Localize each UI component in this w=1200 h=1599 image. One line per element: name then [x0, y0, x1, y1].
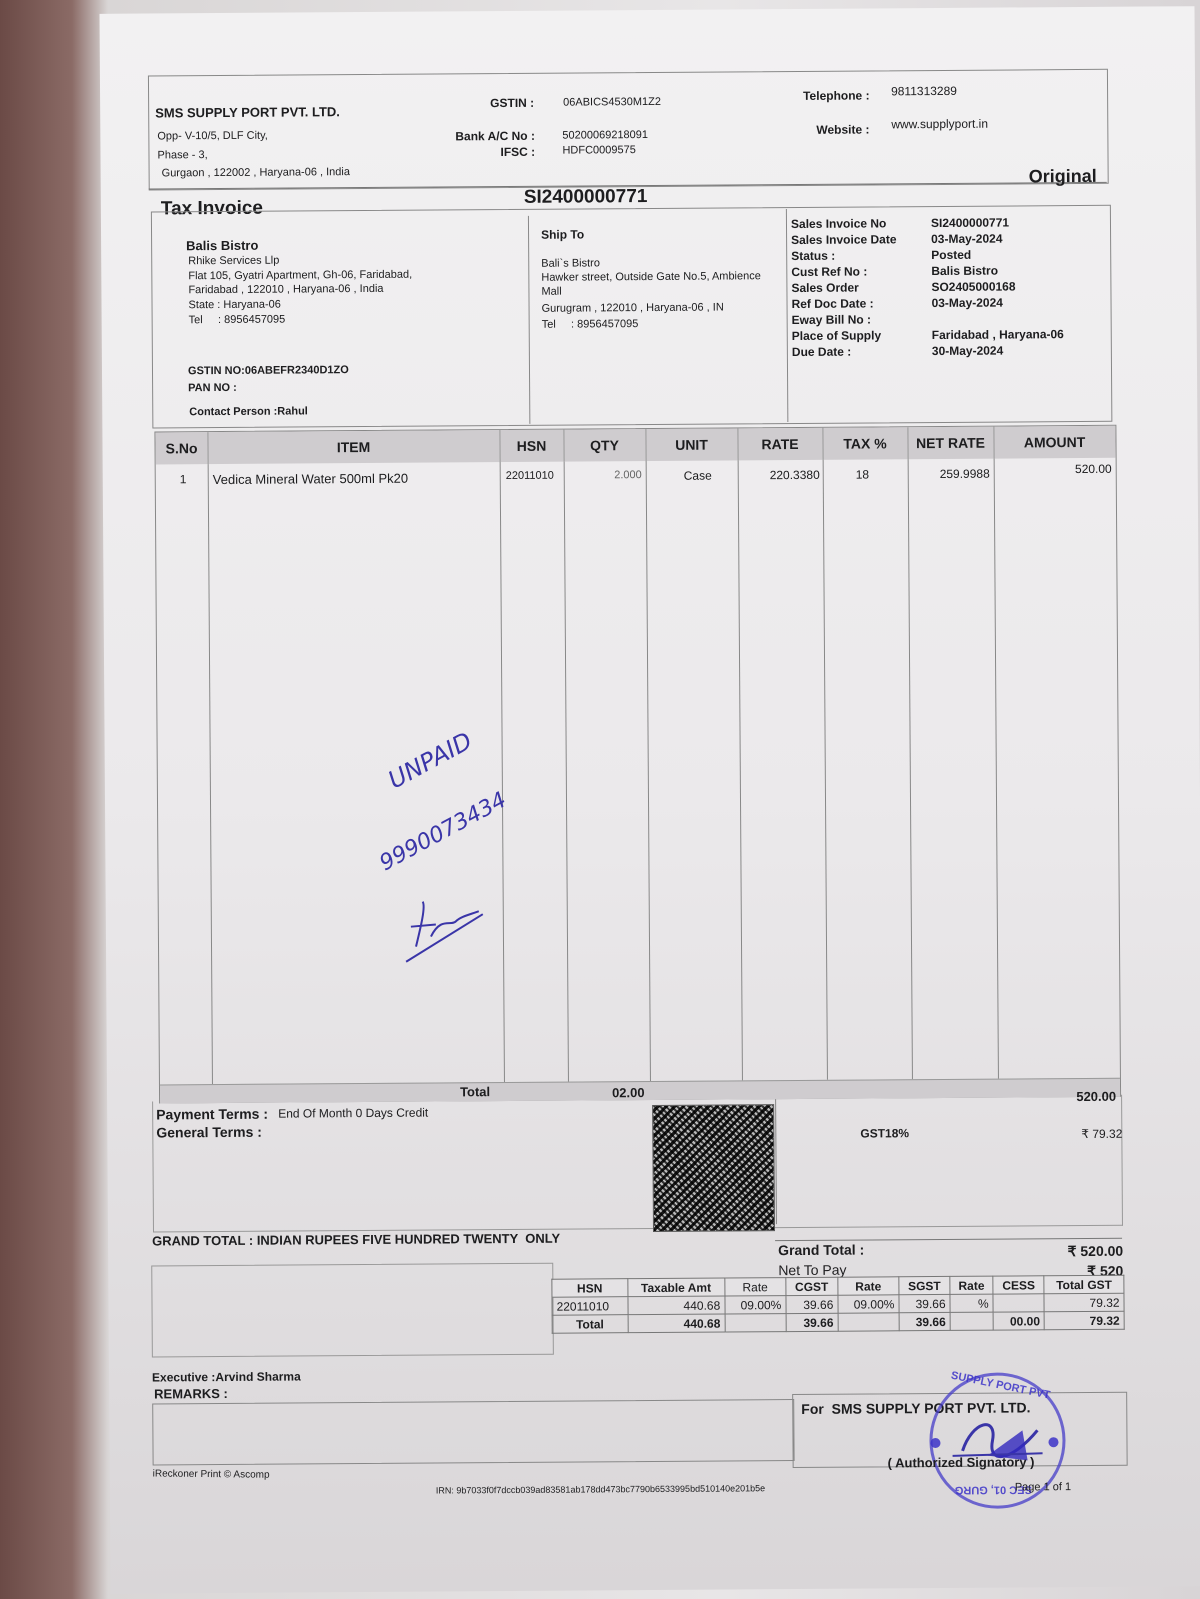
cell-hsn: 22011010 — [506, 470, 554, 482]
invoice-paper: SMS SUPPLY PORT PVT. LTD. Opp- V-10/5, D… — [99, 6, 1200, 1594]
ship-to-line-5: Tel : 8956457095 — [542, 318, 639, 331]
summary-divider — [775, 1238, 1122, 1241]
terms-box — [152, 1095, 1123, 1233]
gst-total-cell: 00.00 — [993, 1312, 1044, 1330]
executive: Executive :Arvind Sharma — [152, 1369, 301, 1384]
grand-total-label: Grand Total : — [778, 1242, 864, 1259]
invoice-meta-value: Faridabad , Haryana-06 — [932, 327, 1064, 342]
col-header-net-rate: NET RATE — [907, 427, 994, 460]
gst-header-sgst: SGST — [899, 1276, 950, 1294]
col-divider — [738, 460, 743, 1080]
ship-to-line-1: Bali`s Bistro — [541, 257, 600, 269]
gst-header-cess: CESS — [993, 1276, 1044, 1294]
bill-to-line-3: Faridabad , 122010 , Haryana-06 , India — [188, 283, 383, 296]
col-header-unit: UNIT — [645, 428, 738, 461]
cell-sno: 1 — [180, 472, 187, 486]
copy-label: Original — [1029, 166, 1097, 187]
gst-cell — [993, 1294, 1044, 1312]
handwritten-signature-icon — [401, 896, 491, 967]
company-name: SMS SUPPLY PORT PVT. LTD. — [155, 104, 340, 120]
gstin-value: 06ABICS4530M1Z2 — [563, 96, 661, 109]
irn: IRN: 9b7033f0f7dccb039ad83581ab178dd473b… — [436, 1483, 765, 1495]
cell-qty: 2.000 — [564, 469, 642, 482]
invoice-meta-label: Status : — [791, 248, 931, 263]
gst-total-cell — [725, 1314, 786, 1332]
company-address-2: Phase - 3, — [157, 149, 207, 161]
cell-rate: 220.3380 — [738, 468, 820, 483]
col-header-tax: TAX % — [822, 427, 908, 460]
invoice-meta-row: Sales OrderSO2405000168 — [791, 279, 1015, 295]
invoice-meta-label: Due Date : — [792, 344, 932, 359]
stamp-top-text: SUPPLY PORT PVT — [950, 1370, 1051, 1402]
invoice-meta-row: Sales Invoice Date03-May-2024 — [791, 232, 1002, 247]
gst-header-rate: Rate — [838, 1277, 899, 1295]
ifsc-label: IFSC : — [500, 145, 535, 159]
ship-to-line-2: Hawker street, Outside Gate No.5, Ambien… — [541, 270, 761, 284]
bill-to-name: Balis Bistro — [186, 238, 258, 254]
col-header-item: ITEM — [207, 430, 500, 464]
authorized-signatory: ( Authorized Signatory ) — [888, 1454, 1035, 1470]
total-label: Total — [460, 1084, 490, 1099]
gst-total-cell: 39.66 — [786, 1313, 838, 1331]
bill-to-gstin: GSTIN NO:06ABEFR2340D1ZO — [188, 364, 349, 377]
bank-label: Bank A/C No : — [455, 129, 535, 144]
col-divider — [646, 461, 651, 1081]
col-divider — [564, 462, 569, 1082]
table-row: 1 Vedica Mineral Water 500ml Pk20 220110… — [156, 466, 1116, 491]
col-header-rate: RATE — [737, 428, 823, 461]
cell-net-rate: 259.9988 — [908, 467, 990, 482]
col-header-hsn: HSN — [499, 430, 564, 462]
cell-amount: 520.00 — [994, 462, 1112, 477]
bill-to-line-5: Tel : 8956457095 — [189, 314, 286, 327]
gst-cell: 09.00% — [725, 1296, 786, 1314]
gst-cell: 09.00% — [838, 1295, 899, 1313]
gst-header-hsn: HSN — [552, 1279, 628, 1298]
cell-unit: Case — [684, 469, 712, 483]
items-header-row: S.No ITEM HSN QTY UNIT RATE TAX % NET RA… — [155, 426, 1115, 465]
amount-in-words: GRAND TOTAL : INDIAN RUPEES FIVE HUNDRED… — [152, 1231, 560, 1249]
gst-breakdown-table: HSN Taxable Amt Rate CGST Rate SGST Rate… — [551, 1275, 1124, 1334]
invoice-meta-row: Place of SupplyFaridabad , Haryana-06 — [792, 327, 1064, 343]
gst-label: GST18% — [860, 1126, 909, 1140]
qr-code — [652, 1104, 775, 1232]
cell-item: Vedica Mineral Water 500ml Pk20 — [213, 471, 408, 487]
invoice-meta-value: Posted — [931, 248, 971, 262]
company-address-3: Gurgaon , 122002 , Haryana-06 , India — [162, 166, 350, 179]
remarks-box — [152, 1399, 794, 1465]
gst-header-cgst: CGST — [786, 1277, 838, 1295]
gst-total-cell — [950, 1312, 993, 1330]
lower-left-box — [151, 1263, 554, 1358]
gst-cell: 39.66 — [786, 1295, 838, 1313]
bill-to-line-1: Rhike Services Llp — [188, 255, 279, 268]
gst-cell: 22011010 — [552, 1297, 628, 1316]
bill-to-pan: PAN NO : — [188, 382, 237, 394]
net-to-pay-label: Net To Pay — [778, 1262, 846, 1278]
invoice-meta-value: SI2400000771 — [931, 215, 1009, 230]
gst-cell: % — [950, 1294, 993, 1312]
gst-total-row: Total 440.68 39.66 39.66 00.00 79.32 — [552, 1311, 1124, 1333]
col-divider — [908, 459, 913, 1079]
telephone-value: 9811313289 — [891, 84, 957, 98]
ship-to-line-3: Mall — [541, 286, 561, 298]
remarks-label: REMARKS : — [154, 1386, 228, 1402]
gst-header-rate: Rate — [725, 1278, 786, 1296]
gstin-label: GSTIN : — [490, 96, 534, 110]
grand-total-value: ₹ 520.00 — [1038, 1243, 1123, 1261]
items-table: S.No ITEM HSN QTY UNIT RATE TAX % NET RA… — [154, 425, 1121, 1104]
bill-to-line-2: Flat 105, Gyatri Apartment, Gh-06, Farid… — [188, 269, 412, 283]
gst-total-cell: Total — [552, 1315, 628, 1334]
bill-to-contact: Contact Person :Rahul — [189, 405, 308, 418]
col-divider — [823, 460, 828, 1080]
invoice-meta-label: Cust Ref No : — [791, 264, 931, 279]
invoice-meta-value: Balis Bistro — [931, 264, 998, 278]
invoice-meta-value: 03-May-2024 — [931, 232, 1002, 246]
col-header-qty: QTY — [563, 429, 646, 462]
stamp-dot-left — [930, 1438, 940, 1448]
page-number: Page 1 of 1 — [1015, 1481, 1071, 1493]
invoice-meta-value: 30-May-2024 — [932, 344, 1003, 358]
invoice-number-heading: SI2400000771 — [524, 186, 648, 209]
invoice-meta-row: Due Date :30-May-2024 — [792, 344, 1003, 359]
invoice-meta-row: Eway Bill No : — [792, 312, 932, 327]
invoice-meta-value: SO2405000168 — [931, 279, 1015, 294]
gst-cell: 39.66 — [899, 1294, 950, 1312]
gst-cell: 79.32 — [1044, 1293, 1124, 1312]
invoice-meta-list: Sales Invoice NoSI2400000771Sales Invoic… — [99, 6, 1194, 14]
gst-amount: ₹ 79.32 — [1052, 1127, 1122, 1141]
gst-header-rate: Rate — [950, 1276, 993, 1294]
invoice-meta-row: Status :Posted — [791, 248, 971, 263]
invoice-meta-label: Ref Doc Date : — [791, 296, 931, 311]
col-divider — [208, 464, 213, 1084]
print-credit: iReckoner Print © Ascomp — [153, 1468, 270, 1480]
gst-header-total: Total GST — [1044, 1275, 1124, 1294]
col-divider — [500, 462, 505, 1082]
bill-to-line-4: State : Haryana-06 — [188, 299, 280, 312]
company-address-1: Opp- V-10/5, DLF City, — [157, 130, 268, 143]
invoice-meta-label: Eway Bill No : — [792, 312, 932, 327]
col-header-sno: S.No — [155, 432, 208, 464]
col-header-amount: AMOUNT — [993, 426, 1115, 459]
invoice-meta-label: Sales Invoice No — [791, 216, 931, 231]
website-label: Website : — [816, 122, 869, 136]
invoice-meta-row: Cust Ref No :Balis Bistro — [791, 264, 998, 279]
invoice-meta-row: Sales Invoice NoSI2400000771 — [791, 215, 1009, 231]
invoice-meta-label: Place of Supply — [792, 328, 932, 343]
gst-total-cell: 79.32 — [1044, 1311, 1124, 1330]
col-divider — [994, 459, 999, 1079]
invoice-meta-label: Sales Order — [791, 280, 931, 295]
invoice-meta-value: 03-May-2024 — [931, 296, 1002, 310]
gst-total-cell: 39.66 — [899, 1312, 950, 1330]
invoice-meta-label: Sales Invoice Date — [791, 232, 931, 247]
gst-total-cell — [838, 1313, 899, 1331]
gst-header-taxable: Taxable Amt — [627, 1278, 724, 1297]
ifsc-value: HDFC0009575 — [562, 144, 635, 157]
ship-to-line-4: Gurugram , 122010 , Haryana-06 , IN — [542, 301, 724, 314]
telephone-label: Telephone : — [803, 88, 870, 102]
gst-total-cell: 440.68 — [628, 1314, 725, 1333]
cell-tax: 18 — [856, 467, 869, 481]
ship-to-heading: Ship To — [541, 227, 584, 241]
website-value: www.supplyport.in — [891, 117, 988, 132]
invoice-meta-row: Ref Doc Date :03-May-2024 — [791, 296, 1002, 311]
bank-value: 50200069218091 — [562, 129, 648, 142]
gst-cell: 440.68 — [628, 1296, 725, 1315]
